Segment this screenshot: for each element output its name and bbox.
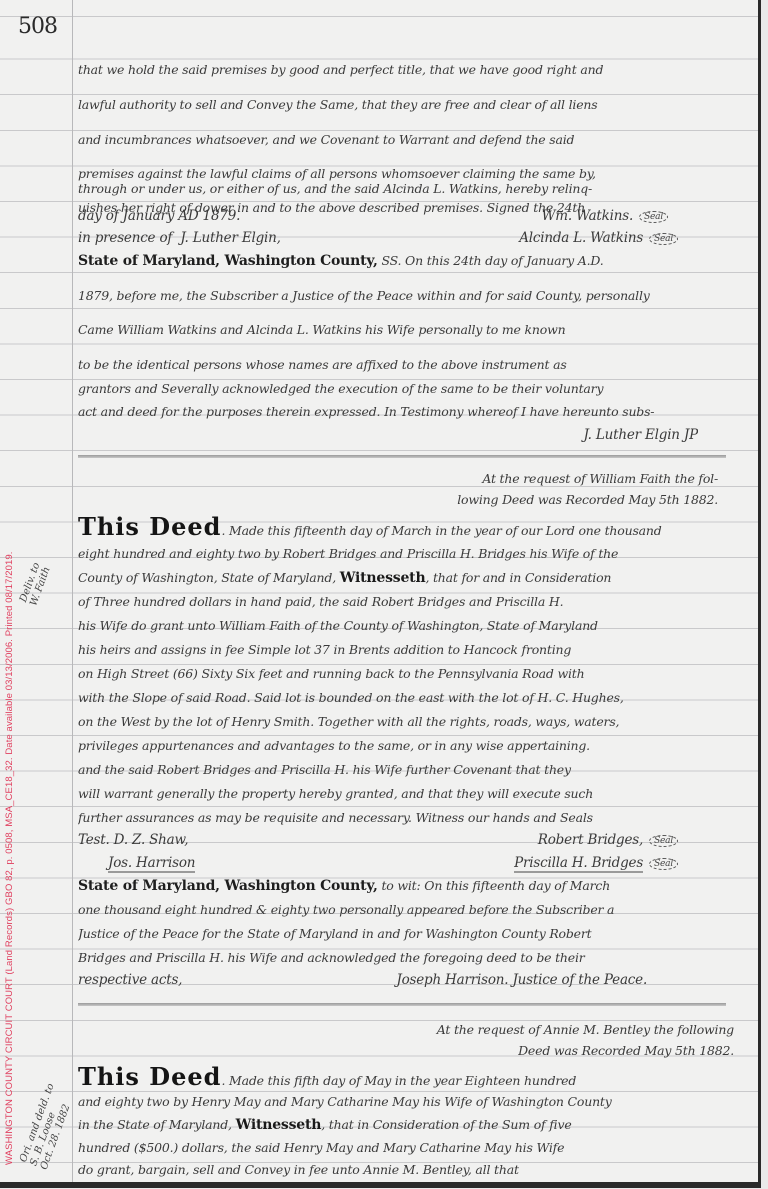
witnesseth-row: County of Washington, State of Maryland,… xyxy=(78,570,738,586)
recording-note-line: At the request of Annie M. Bentley the f… xyxy=(78,1022,734,1037)
date-line: day of January AD 1879. xyxy=(78,208,240,224)
text-line: Came William Watkins and Alcinda L. Watk… xyxy=(78,322,738,337)
text-line: through or under us, or either of us, an… xyxy=(78,181,738,196)
text-line: his Wife do grant unto William Faith of … xyxy=(78,618,738,633)
signature-robert-bridges: Robert Bridges,Seal xyxy=(538,832,678,848)
section-divider xyxy=(78,455,726,458)
date-signature-row: day of January AD 1879. Wm. Watkins.Seal xyxy=(78,208,738,224)
ack-heading: State of Maryland, Washington County, xyxy=(78,253,378,269)
witness-name: J. Luther Elgin, xyxy=(180,230,280,246)
test-signature-row: Test. D. Z. Shaw, Robert Bridges,Seal xyxy=(78,832,738,848)
text-line: privileges appurtenances and advantages … xyxy=(78,738,738,753)
ack-signature: J. Luther Elgin JP xyxy=(78,427,698,443)
witness-signature-row: Jos. Harrison Priscilla H. BridgesSeal xyxy=(78,855,738,873)
ack2-signature: Joseph Harrison. Justice of the Peace. xyxy=(396,972,647,988)
witness-line: in presence of J. Luther Elgin, xyxy=(78,230,281,246)
seal-mark: Seal xyxy=(639,211,668,223)
text-line: one thousand eight hundred & eighty two … xyxy=(78,902,738,917)
ack-heading-row: State of Maryland, Washington County, SS… xyxy=(78,253,738,269)
text-line: and incumbrances whatsoever, and we Cove… xyxy=(78,132,738,147)
text-line: on High Street (66) Sixty Six feet and r… xyxy=(78,666,738,681)
recording-note-line: Deed was Recorded May 5th 1882. xyxy=(78,1043,734,1058)
text-line: do grant, bargain, sell and Convey in fe… xyxy=(78,1162,738,1177)
text-line: hundred ($500.) dollars, the said Henry … xyxy=(78,1140,738,1155)
witnesseth-heading: Witnesseth xyxy=(236,1117,322,1133)
text-line: eight hundred and eighty two by Robert B… xyxy=(78,546,738,561)
text-line: on the West by the lot of Henry Smith. T… xyxy=(78,714,738,729)
archive-stamp: WASHINGTON COUNTY CIRCUIT COURT (Land Re… xyxy=(4,551,15,1165)
recording-note-line: lowing Deed was Recorded May 5th 1882. xyxy=(78,492,718,507)
text-line: that we hold the said premises by good a… xyxy=(78,62,738,77)
text-line: will warrant generally the property here… xyxy=(78,786,738,801)
text-line: grantors and Severally acknowledged the … xyxy=(78,381,738,396)
text-line: premises against the lawful claims of al… xyxy=(78,166,738,181)
ack-heading: State of Maryland, Washington County, xyxy=(78,878,378,894)
text-line: further assurances as may be requisite a… xyxy=(78,810,738,825)
text-line: Bridges and Priscilla H. his Wife and ac… xyxy=(78,950,738,965)
text-line: act and deed for the purposes therein ex… xyxy=(78,404,738,419)
witness-jos-harrison: Jos. Harrison xyxy=(108,855,195,873)
signature-priscilla-bridges: Priscilla H. BridgesSeal xyxy=(514,855,678,873)
signature-wm-watkins: Wm. Watkins.Seal xyxy=(542,208,668,224)
text-line: Justice of the Peace for the State of Ma… xyxy=(78,926,738,941)
witnesseth-heading: Witnesseth xyxy=(340,570,426,586)
deed-title-row: This Deed. Made this fifteenth day of Ma… xyxy=(78,512,738,541)
ack2-last-row: respective acts, Joseph Harrison. Justic… xyxy=(78,972,738,988)
witness-signature-row: in presence of J. Luther Elgin, Alcinda … xyxy=(78,230,738,246)
deed-title: This Deed xyxy=(78,1062,221,1091)
test-witness: Test. D. Z. Shaw, xyxy=(78,832,188,848)
recording-note-line: At the request of William Faith the fol- xyxy=(78,471,718,486)
section-divider xyxy=(78,1003,726,1006)
text-line: with the Slope of said Road. Said lot is… xyxy=(78,690,738,705)
ack-heading-tail: to wit: On this fifteenth day of March xyxy=(381,878,610,893)
margin-rule xyxy=(72,0,73,1182)
text-line: and the said Robert Bridges and Priscill… xyxy=(78,762,738,777)
seal-mark: Seal xyxy=(649,835,678,847)
deed-title: This Deed xyxy=(78,512,221,541)
text-line: and eighty two by Henry May and Mary Cat… xyxy=(78,1094,738,1109)
ack-heading-tail: SS. On this 24th day of January A.D. xyxy=(381,253,603,268)
text-line: 1879, before me, the Subscriber a Justic… xyxy=(78,288,738,303)
text-line: to be the identical persons whose names … xyxy=(78,357,738,372)
seal-mark: Seal xyxy=(649,233,678,245)
signature-alcinda-watkins: Alcinda L. WatkinsSeal xyxy=(519,230,678,246)
ack-heading-row: State of Maryland, Washington County, to… xyxy=(78,878,738,894)
text-line: of Three hundred dollars in hand paid, t… xyxy=(78,594,738,609)
seal-mark: Seal xyxy=(649,858,678,870)
text-line: lawful authority to sell and Convey the … xyxy=(78,97,738,112)
witnesseth-row: in the State of Maryland, Witnesseth, th… xyxy=(78,1117,738,1133)
text-line: his heirs and assigns in fee Simple lot … xyxy=(78,642,738,657)
page-number: 508 xyxy=(18,14,57,39)
deed-title-row: This Deed. Made this fifth day of May in… xyxy=(78,1062,738,1091)
ledger-page: 508 WASHINGTON COUNTY CIRCUIT COURT (Lan… xyxy=(0,0,761,1188)
